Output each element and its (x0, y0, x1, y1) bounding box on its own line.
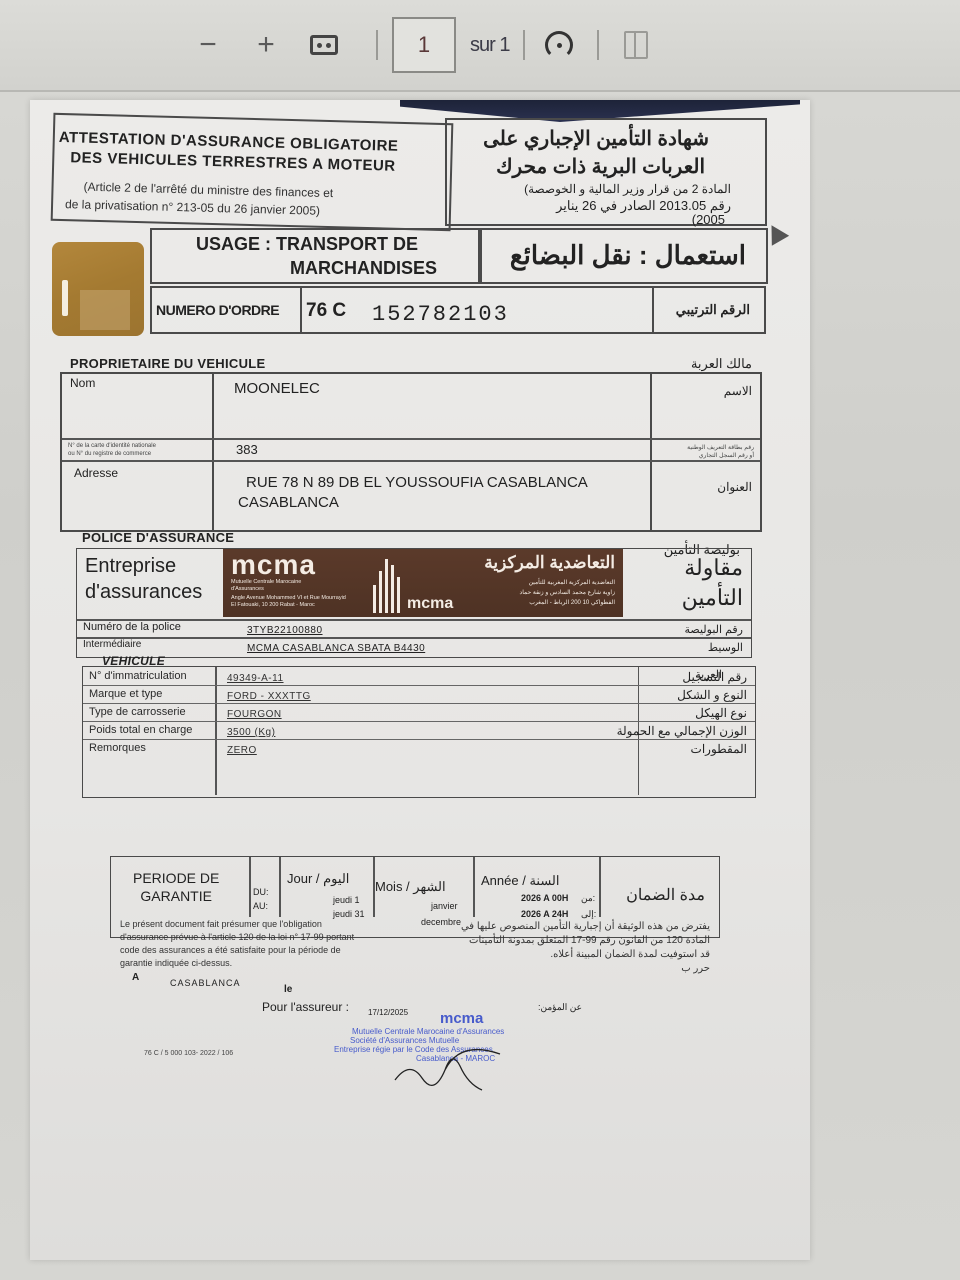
logo-subtitle-line1: Mutuelle Centrale Marocaine (231, 579, 301, 585)
proprietaire-table: Nom MOONELEC الاسم N° de la carte d'iden… (60, 372, 762, 532)
du-annee: 2026 A 00H (521, 893, 568, 903)
entreprise-label-line1: Entreprise (85, 555, 176, 578)
vehicule-row-label: Remorques (89, 742, 146, 754)
entreprise-label-ar-line1: مقاولة (684, 555, 743, 581)
vehicule-row-value: 49349-A-11 (227, 673, 284, 684)
rotate-button[interactable] (539, 25, 579, 65)
nom-value: MOONELEC (234, 380, 320, 397)
rotate-icon (545, 31, 573, 59)
legal-text-fr: Le présent document fait présumer que l'… (120, 918, 354, 970)
numero-ordre-label: NUMERO D'ORDRE (156, 302, 279, 318)
title-arabic-box: شهادة التأمين الإجباري على العربات البري… (445, 118, 767, 226)
vehicule-row-label: N° d'immatriculation (89, 670, 187, 682)
vehicule-row-label: Marque et type (89, 688, 162, 700)
du-mois: janvier (431, 901, 458, 911)
logo-address-line1: Angle Avenue Mohammed VI et Rue Mourrayi… (231, 595, 346, 601)
proprietaire-section-title-ar: مالك العربة (691, 356, 752, 372)
usage-fr-line2: MARCHANDISES (290, 258, 437, 279)
logo-address-line2: El Fatouaki, 10 200 Rabat - Maroc (231, 602, 315, 608)
vehicule-table: N° d'immatriculation49349-A-11رقم التسجي… (82, 666, 756, 798)
page-total-label: sur 1 (470, 34, 509, 57)
logo-subtitle-line2: d'Assurances (231, 586, 264, 592)
title-fr-line3: (Article 2 de l'arrêté du ministre des f… (83, 180, 333, 201)
fit-page-button[interactable] (304, 25, 344, 65)
title-ar-line1: شهادة التأمين الإجباري على (483, 126, 709, 151)
vehicule-row-label-ar: الوزن الإجمالي مع الحمولة (617, 724, 747, 738)
vehicule-row-label-ar: النوع و الشكل (677, 688, 747, 702)
vehicule-row-value: FOURGON (227, 709, 282, 720)
hologram-stamp (52, 242, 144, 336)
to-ar: إلى: (581, 909, 596, 920)
legal-text-ar: يفترض من هذه الوثيقة أن إجبارية التأمين … (461, 920, 710, 976)
vehicule-row-value: FORD - XXXTTG (227, 691, 311, 702)
vehicule-row-value: ZERO (227, 745, 257, 756)
vehicule-row-label: Poids total en charge (89, 724, 192, 736)
au-annee: 2026 A 24H (521, 909, 568, 919)
du-jour: jeudi 1 (333, 895, 360, 905)
adresse-line1: RUE 78 N 89 DB EL YOUSSOUFIA CASABLANCA (246, 474, 588, 491)
du-label: DU: (253, 887, 269, 897)
adresse-line2: CASABLANCA (238, 494, 339, 511)
nom-label-ar: الاسم (724, 384, 752, 398)
numero-police-value: 3TYB22100880 (247, 625, 323, 636)
title-ar-line2: العربات البرية ذات محرك (496, 154, 705, 179)
zoom-out-button[interactable]: − (188, 25, 228, 65)
title-ar-line5: (2005 (692, 212, 725, 227)
logo-ar-line3: الفطواكي 10 200 الرباط - المغرب (529, 599, 615, 606)
adresse-label: Adresse (74, 466, 118, 480)
page-view-button[interactable] (613, 25, 653, 65)
police-section-title: POLICE D'ASSURANCE (82, 530, 234, 545)
vehicule-row: RemorquesZEROالمقطورات (83, 741, 755, 759)
cin-label-ar-line1: رقم بطاقة التعريف الوطنية (687, 444, 754, 452)
numero-ordre-prefix: 76 C (306, 300, 346, 322)
annee-header: Année / السنة (481, 873, 560, 889)
entreprise-label-line2: d'assurances (85, 581, 202, 604)
vehicule-row-label-ar: نوع الهيكل (695, 706, 747, 720)
vehicule-row-label: Type de carrosserie (89, 706, 186, 718)
numero-police-label-ar: رقم البوليصة (685, 623, 743, 636)
nom-label: Nom (70, 376, 95, 390)
pour-assureur-label-ar: عن المؤمن: (538, 1002, 582, 1013)
footer-reference: 76 C / 5 000 103- 2022 / 106 (144, 1050, 233, 1057)
vehicule-row-label-ar: المقطورات (691, 742, 747, 756)
logo-ar-line2: زاوية شارع محمد السادس و زنقة حماد (520, 589, 615, 596)
adresse-label-ar: العنوان (717, 480, 752, 494)
place-value: CASABLANCA (170, 978, 241, 988)
mcma-logo-name-small: mcma (407, 595, 453, 613)
intermediaire-label: Intermédiaire (83, 639, 141, 650)
handwritten-signature (390, 1040, 520, 1100)
toolbar-divider (376, 30, 378, 60)
jour-header: Jour / اليوم (287, 871, 349, 887)
intermediaire-value: MCMA CASABLANCA SBATA B4430 (247, 643, 425, 654)
numero-ordre-row: NUMERO D'ORDRE 76 C 152782103 الرقم التر… (150, 286, 766, 334)
mcma-logo-name: mcma (231, 549, 316, 581)
cin-label-line2: ou N° du registre de commerce (68, 450, 151, 458)
au-label: AU: (253, 901, 268, 911)
usage-arabic-box: استعمال : نقل البضائع (480, 228, 768, 284)
mcma-logo-bars-icon (373, 557, 401, 613)
garantie-label: PERIODE DE GARANTIE (133, 869, 219, 905)
zoom-in-button[interactable]: + (246, 25, 286, 65)
entreprise-label-ar-line2: التأمين (682, 585, 743, 611)
usage-ar: استعمال : نقل البضائع (510, 240, 746, 271)
page-view-icon (624, 31, 648, 59)
mcma-logo: mcma Mutuelle Centrale Marocaine d'Assur… (223, 549, 623, 617)
usage-french-box: USAGE : TRANSPORT DE MARCHANDISES (150, 228, 480, 284)
title-ar-line3: (المادة 2 من قرار وزير المالية و الخوصصة (524, 182, 731, 196)
pdf-viewer-toolbar: − + sur 1 (0, 0, 960, 92)
toolbar-divider (597, 30, 599, 60)
numero-ordre-value: 152782103 (372, 302, 509, 327)
le-label: le (284, 984, 292, 995)
mois-header: Mois / الشهر (375, 879, 446, 895)
title-french-box: ATTESTATION D'ASSURANCE OBLIGATOIRE DES … (51, 113, 454, 231)
cin-value: 383 (236, 442, 258, 457)
intermediaire-label-ar: الوسيط (708, 641, 743, 654)
proprietaire-section-title: PROPRIETAIRE DU VEHICULE (70, 356, 265, 371)
numero-ordre-label-ar: الرقم الترتيبي (676, 302, 750, 318)
title-fr-line4: de la privatisation n° 213-05 du 26 janv… (65, 197, 320, 218)
logo-ar-line1: التعاضدية المركزية المغربية للتأمين (529, 579, 615, 586)
page-number-input[interactable] (392, 17, 456, 73)
numero-police-label: Numéro de la police (83, 621, 181, 633)
cin-label-line1: N° de la carte d'identité nationale (68, 442, 156, 450)
cin-label-ar-line2: أو رقم السجل التجاري (699, 452, 754, 460)
document-page: ATTESTATION D'ASSURANCE OBLIGATOIRE DES … (30, 100, 810, 1260)
mcma-logo-name-ar: التعاضدية المركزية (484, 553, 615, 573)
toolbar-divider (523, 30, 525, 60)
from-ar: من: (581, 893, 595, 904)
fit-page-icon (310, 35, 338, 55)
police-table: Entreprise d'assurances mcma Mutuelle Ce… (76, 548, 752, 658)
garantie-label-ar: مدة الضمان (626, 885, 705, 905)
vehicule-row-label-ar: رقم التسجيل (682, 670, 747, 684)
vehicule-row-value: 3500 (Kg) (227, 727, 275, 738)
place-prefix: A (132, 972, 139, 983)
au-mois: decembre (421, 917, 461, 927)
usage-fr-line1: USAGE : TRANSPORT DE (196, 234, 418, 255)
